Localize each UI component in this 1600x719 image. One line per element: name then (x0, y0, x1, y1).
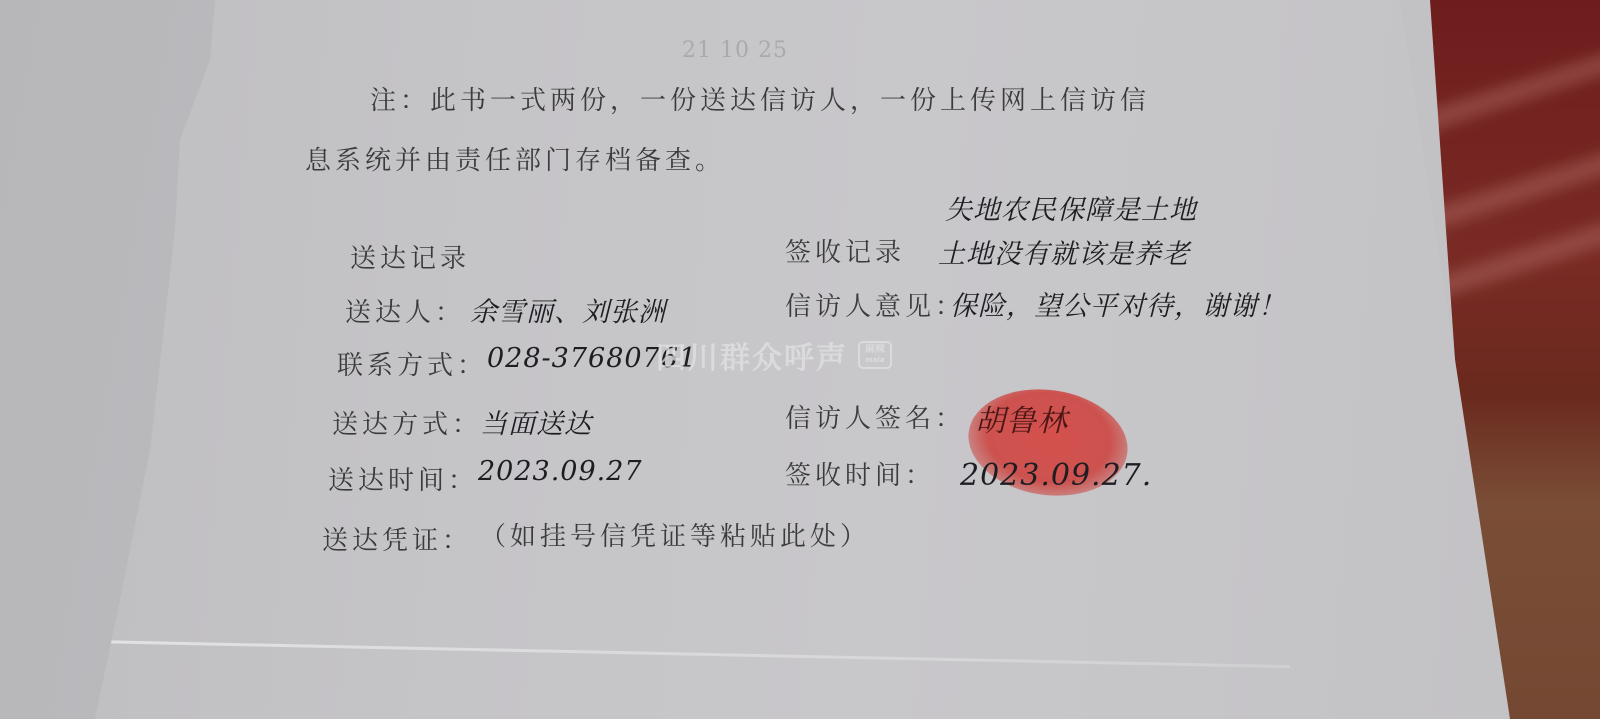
delivery-proof-label: 送达凭证： (322, 520, 472, 557)
receipt-time-label: 签收时间： (785, 455, 935, 492)
watermark-logo-icon: 麻辣 mala (858, 341, 892, 369)
paper-fold (90, 640, 1290, 668)
petitioner-signature: 胡鲁林 (975, 396, 1068, 440)
delivery-proof-placeholder: （如挂号信凭证等粘贴此处） (480, 516, 870, 553)
opinion-note-line-2: 土地没有就该是养老 (938, 232, 1190, 271)
watermark-logo-top: 麻辣 (865, 344, 885, 355)
delivery-method-label: 送达方式： (332, 404, 482, 441)
watermark-text: 四川群众呼声 (656, 333, 848, 377)
opinion-label: 信访人意见： (785, 286, 965, 323)
deliverer-label: 送达人： (345, 292, 465, 329)
signature-label: 信访人签名： (785, 398, 965, 435)
show-through-text: 21 10 25 (682, 38, 788, 63)
note-line-2: 息系统并由责任部门存档备查。 (305, 140, 725, 177)
delivery-method-value: 当面送达 (480, 402, 592, 441)
contact-label: 联系方式： (337, 345, 487, 382)
opinion-value: 保险，望公平对待，谢谢！ (950, 284, 1286, 323)
deliverer-value: 余雪丽、刘张洲 (470, 290, 666, 329)
opinion-note-line-1: 失地农民保障是土地 (945, 188, 1197, 227)
receipt-record-heading: 签收记录 (785, 232, 905, 269)
watermark: 四川群众呼声 麻辣 mala (656, 333, 892, 377)
receipt-time-value: 2023.09.27. (960, 458, 1152, 493)
delivery-record-heading: 送达记录 (350, 238, 470, 275)
delivery-time-value: 2023.09.27 (478, 456, 643, 487)
delivery-time-label: 送达时间： (328, 460, 478, 497)
note-line-1: 注：此书一式两份，一份送达信访人，一份上传网上信访信 (370, 80, 1150, 117)
watermark-logo-bottom: mala (865, 355, 884, 366)
